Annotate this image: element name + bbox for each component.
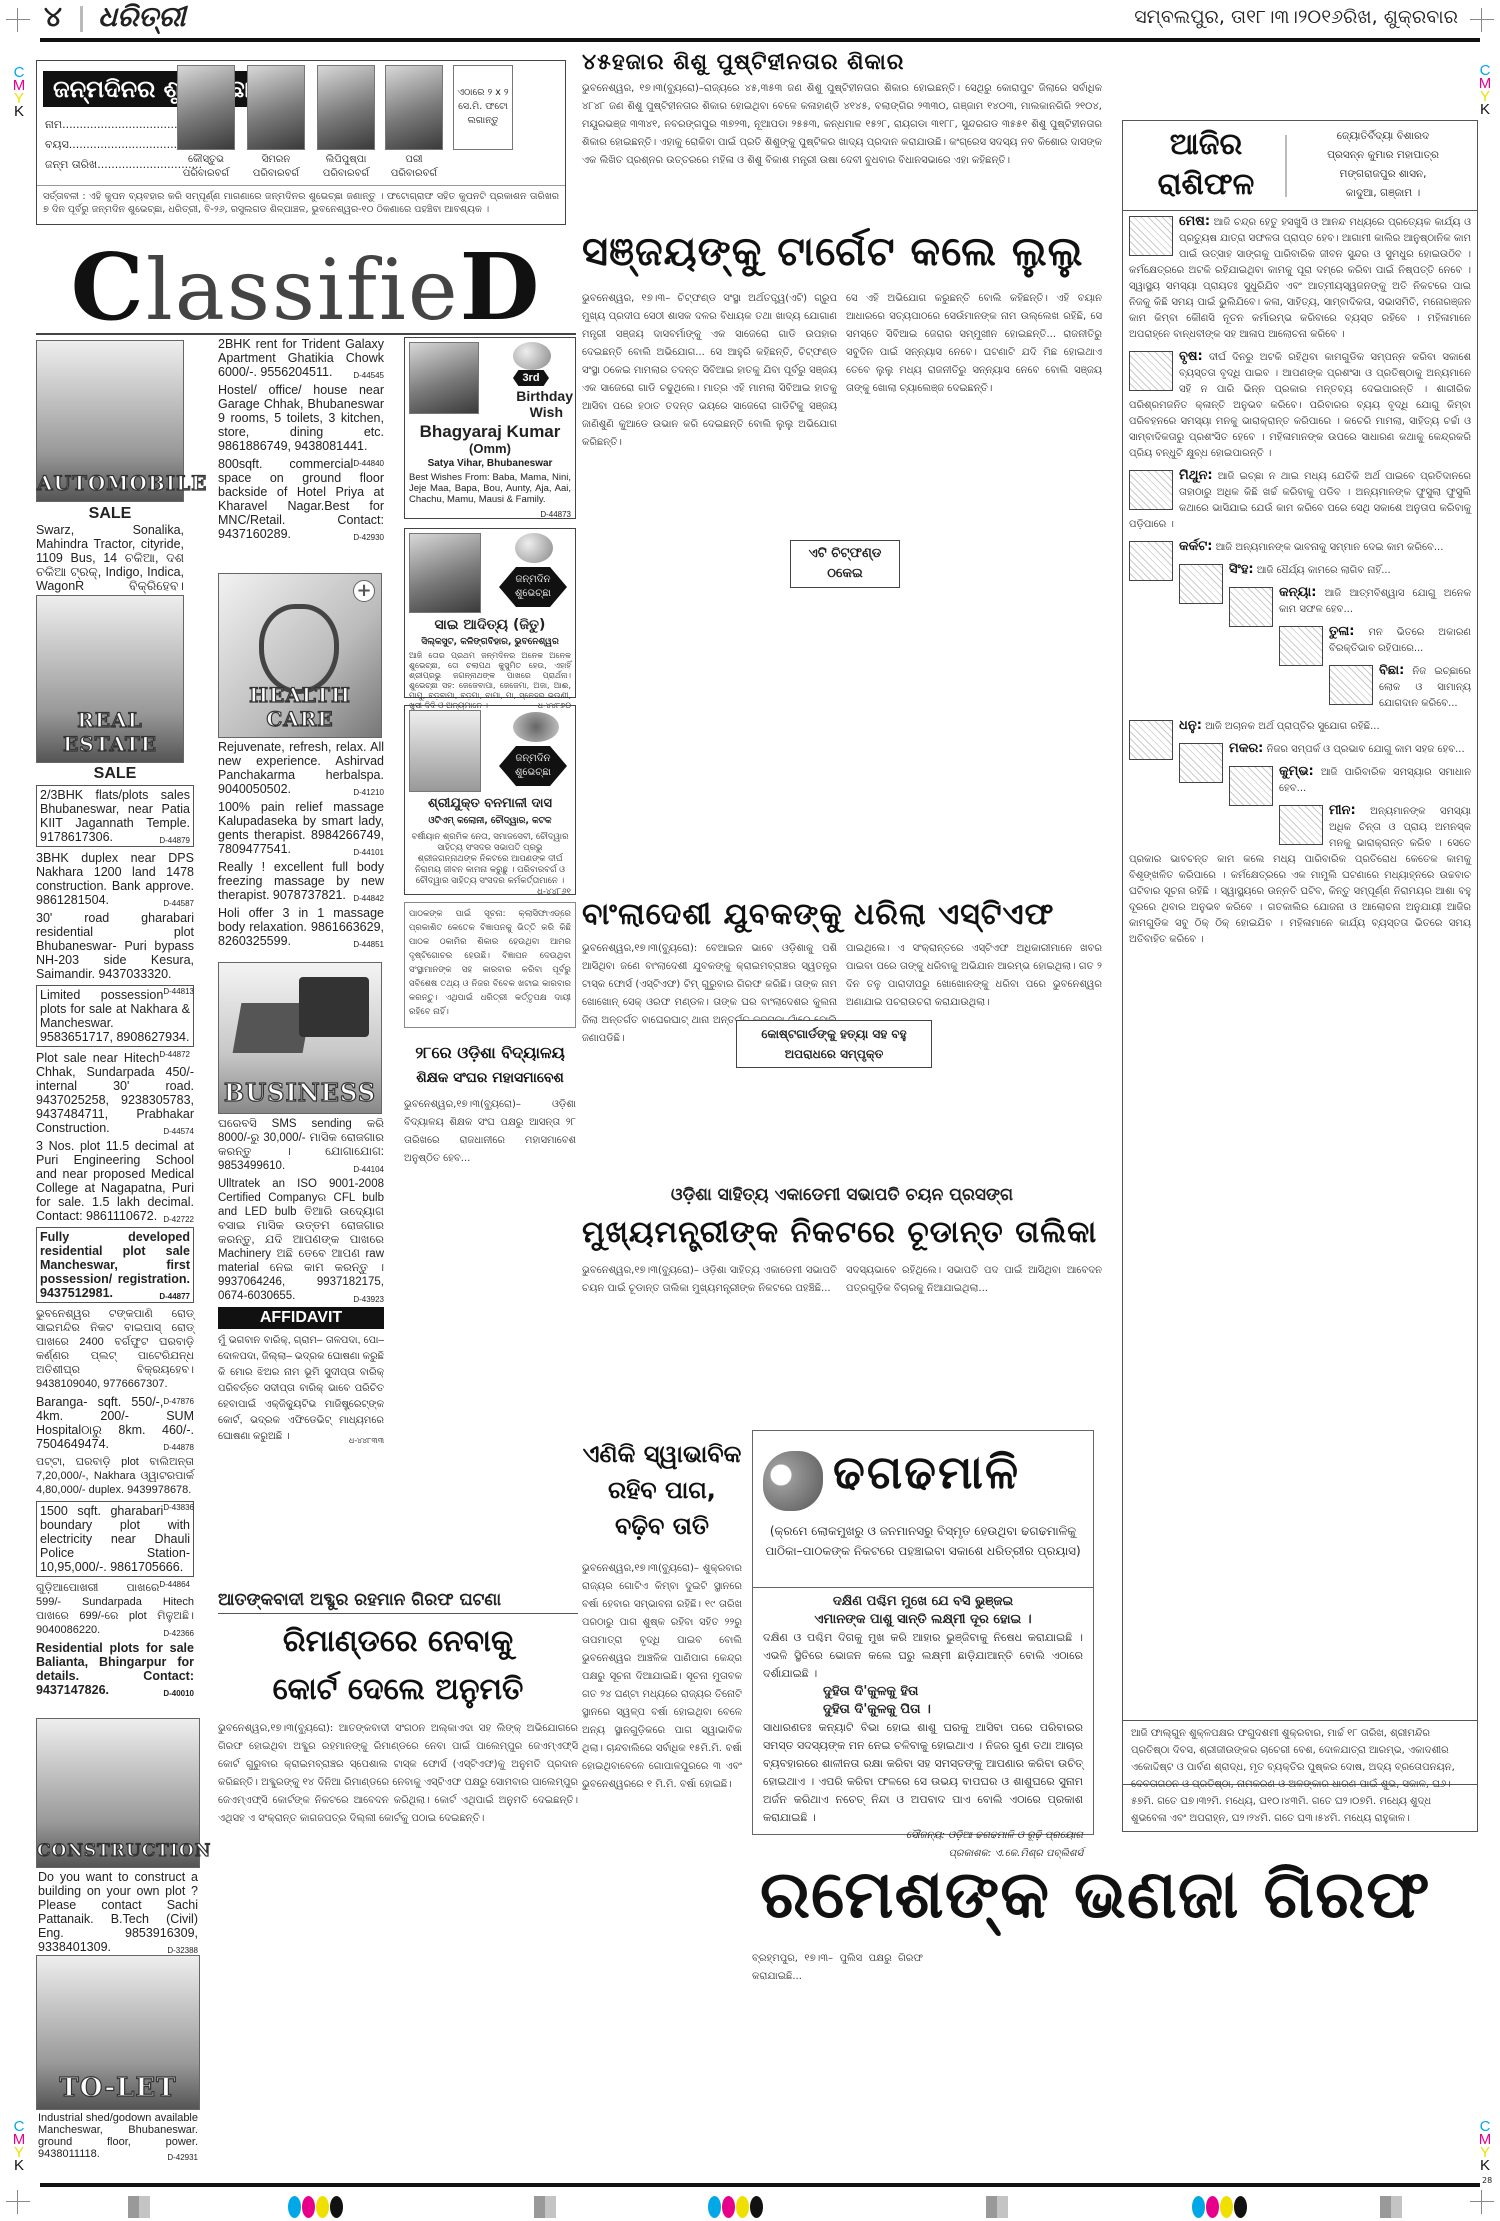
classified-ad: Ulltratek an ISO 9001-2008 Certified Com… [218, 1177, 384, 1303]
classified-ad: 2BHK rent for Trident Galaxy Apartment G… [218, 337, 384, 379]
flowers-icon [513, 712, 559, 742]
classified-ad: Plot sale near Hitech Chhak, Sundarpada … [36, 1051, 194, 1135]
astrologer-line: ମଙ୍ଗରାଜପୁର ଶାସନ, [1293, 165, 1473, 184]
category-label: REAL ESTATE [37, 708, 183, 756]
abdul-headline: ରିମାଣ୍ଡରେ ନେବାକୁ କୋର୍ଟ ଦେଲେ ଅନୁମତି [218, 1618, 578, 1714]
horoscope-sign: ସିଂହ: ଆଜି ଧୈର୍ଯ୍ୟ କାମରେ ଲାଗିବ ନାହିଁ... [1123, 559, 1477, 582]
sahitya-headline: ମୁଖ୍ୟମନ୍ତ୍ରୀଙ୍କ ନିକଟରେ ଚୂଡାନ୍ତ ତାଲିକା [582, 1210, 1097, 1256]
photo-girl-1 [317, 65, 375, 150]
category-label: TO-LET [37, 2073, 199, 2103]
classified-ad: Holi offer 3 in 1 massage body relaxatio… [218, 906, 384, 948]
construction-category-image: CONSTRUCTION [36, 1718, 200, 1868]
horoscope-title: ରାଶିଫଳ [1131, 165, 1281, 205]
classified-ad: ଘରେବସି SMS sending କରି 8000/-ରୁ 30,000/-… [218, 1117, 384, 1173]
color-dots [1192, 2196, 1248, 2221]
malnutrition-headline: ୪୫ହଜାର ଶିଶୁ ପୁଷ୍ଟିହୀନତାର ଶିକାର [582, 50, 904, 75]
lulu-headline: ସଞ୍ଜୟଙ୍କୁ ଟାର୍ଗେଟ କଲେ ଲୁଲୁ [582, 222, 1083, 282]
aries-icon [1129, 216, 1173, 256]
wish-name: Bhagyaraj Kumar [407, 422, 573, 442]
classified-ad: Residential plots for sale Balianta, Bhi… [36, 1641, 194, 1697]
classified-ad: 100% pain relief massage Kalupadaseka by… [218, 800, 384, 856]
photo-caption-from: ପରିବାରବର୍ଗ [243, 167, 309, 181]
briefcase-icon [299, 977, 369, 1037]
dateline: ସମ୍ବଲପୁର, ତା୧୮।୩।୨୦୧୬ରିଖ, ଶୁକ୍ରବାର [1134, 6, 1458, 28]
classified-ad: 3BHK duplex near DPS Nakhara 1200 land 1… [36, 851, 194, 907]
classified-ad: 2/3BHK flats/plots sales Bhubaneswar, ne… [36, 785, 194, 847]
classified-ad: Hostel/ office/ house near Garage Chhak,… [218, 383, 384, 453]
photo-caption-from: ପରିବାରବର୍ଗ [381, 167, 447, 181]
horoscope-sign: କୁମ୍ଭ: ଆଜି ପାରିବାରିକ ସମସ୍ୟାର ସମାଧାନ ହେବ.… [1123, 761, 1477, 800]
reader-notice: ପାଠକଙ୍କ ପାଇଁ ସୂଚନା: କ୍ଲାସିଫାଏଡ୍‌ରେ ପ୍ରକା… [404, 902, 576, 1028]
photo-caption-from: ପରିବାରବର୍ଗ [173, 167, 239, 181]
photo-caption-from: ପରିବାରବର୍ଗ [313, 167, 379, 181]
plus-icon: + [353, 580, 375, 602]
wish-address: Satya Vihar, Bhubaneswar [408, 458, 572, 469]
wish-address: ଓଟିଏମ୍ କଲୋନୀ, ଚୌଦ୍ୱାର, କଟକ [405, 816, 575, 826]
gemini-icon [1129, 470, 1173, 510]
classified-banner: ClassifieD [36, 240, 576, 335]
automobile-sale-heading: SALE [36, 505, 184, 523]
birthday-wish-card: 3rd Birthday Wish Bhagyaraj Kumar (Omm) … [404, 337, 576, 519]
birthday-wish-card: ଜନ୍ମଦିନ ଶୁଭେଚ୍ଛା ସାଇ ଆଦିତ୍ୟ (ଜିତୁ) ସିଲ୍କ… [404, 528, 576, 698]
horoscope-sign: ମେଷ: ଆଜି ଚନ୍ଦ୍ର ହେତୁ ହସଖୁସି ଓ ଆନନ୍ଦ ମଧ୍ୟ… [1123, 211, 1477, 346]
bottom-rule [40, 2183, 1480, 2187]
teachers-headline: ୨୮ରେ ଓଡ଼ିଶା ବିଦ୍ୟାଳୟ ଶିକ୍ଷକ ସଂଘର ମହାସମାବ… [404, 1040, 576, 1090]
affidavit-text: ମୁଁ ଭଗବାନ ବାରିକ୍, ଗ୍ରାମ– ତାଳପଦା, ପୋ– ଦୋଳ… [218, 1333, 384, 1445]
sahitya-body-left: ଭୁବନେଶ୍ୱର,୧୭।୩(ବ୍ୟୁରୋ)– ଓଡ଼ିଶା ସାହିତ୍ୟ ଏ… [582, 1262, 837, 1412]
category-label: HEALTH CARE [219, 683, 381, 731]
astrologer-line: ଜ୍ୟୋତିର୍ବିଦ୍ୟା ବିଶାରଦ [1293, 127, 1473, 146]
lulu-callout: ଏଟି ଚିଟ୍‌ଫଣ୍ଡ ଠକେଇ [790, 540, 900, 588]
proverb-line: ଦକ୍ଷିଣ ପଶ୍ଚିମ ମୁଖେ ଯେ ବସି ଭୁଞ୍ଜଇ [763, 1593, 1083, 1611]
horoscope-sign: ବିଛା: ନିଜ ଇଚ୍ଛାରେ ଲୋକ ଓ ସାମାନ୍ୟ ଯୋଗଦାନ କ… [1123, 660, 1477, 715]
sahitya-body-right: ସଦସ୍ୟଭାବେ ରହିଥିଲେ। ସଭାପତି ପଦ ପାଇଁ ଆସିଥିବ… [846, 1262, 1102, 1412]
paper-name: ଧରିତ୍ରୀ [98, 0, 185, 34]
folio: 28 [1482, 2176, 1492, 2185]
bangladeshi-callout: କୋଷ୍ଟଗାର୍ଡଙ୍କୁ ହତ୍ୟା ସହ ବହୁ ଅପରାଧରେ ସମ୍ପ… [736, 1020, 932, 1068]
classified-ad: 30' road gharabari residential plot Bhub… [36, 911, 194, 981]
horoscope-sign: ଧନୁ: ଆଜି ଅଚାନକ ଅର୍ଥ ପ୍ରାପ୍ତିର ସୁଯୋଗ ରହିଛ… [1123, 715, 1477, 738]
wish-name: ସାଇ ଆଦିତ୍ୟ (ଜିତୁ) [405, 617, 575, 633]
affidavit-heading: AFFIDAVIT [218, 1307, 384, 1329]
cmyk-mark: CMYK [1478, 2120, 1492, 2172]
horoscope-box: ଆଜିର ରାଶିଫଳ ଜ୍ୟୋତିର୍ବିଦ୍ୟା ବିଶାରଦ ପ୍ରସନ୍… [1122, 120, 1478, 1785]
wish-photo [409, 710, 481, 792]
bangladeshi-headline: ବାଂଲାଦେଶୀ ଯୁବକଙ୍କୁ ଧରିଲା ଏସ୍‌ଟିଏଫ [582, 895, 1054, 935]
taurus-icon [1129, 351, 1173, 391]
age-badge: 3rd [513, 370, 549, 386]
scorpio-icon [1329, 665, 1373, 705]
ramesh-headline: ରମେଶଙ୍କ ଭଣଜା ଗିରଫ [760, 1850, 1431, 1940]
photo-placeholder-box[interactable]: ଏଠାରେ ୨ x ୨ ସେ.ମି. ଫଟୋ ଲଗାନ୍ତୁ [453, 65, 513, 150]
cmyk-mark: CMYK [12, 66, 26, 118]
dhagadamali-credit: ସୌଜନ୍ୟ: ଓଡ଼ିଆ ଢଗଢମାଳି ଓ ରୂଢ଼ି ପ୍ରୟୋଗ [763, 1827, 1083, 1845]
placeholder-text: ଏଠାରେ ୨ x ୨ ସେ.ମି. ଫଟୋ ଲଗାନ୍ତୁ [457, 87, 508, 126]
business-category-image: BUSINESS [218, 962, 382, 1114]
classified-ad: Industrial shed/godown available Manches… [38, 2112, 198, 2164]
stethoscope-icon [259, 604, 339, 694]
wish-address: ସିଲ୍କସୁଟ, କଳିଙ୍ଗବିହାର, ଭୁବନେଶ୍ୱର [405, 637, 575, 647]
health-care-category-image: + HEALTH CARE [218, 573, 382, 738]
horoscope-sign: ମିଥୁନ: ଆଜି ଇଚ୍ଛା ନ ଥାଇ ମଧ୍ୟ ଯେତିକି ଅର୍ଥ … [1123, 465, 1477, 536]
gray-swatch [1380, 2196, 1402, 2218]
real-estate-sale-heading: SALE [36, 765, 194, 783]
lulu-body-right: ସେ ଏହି ଅଭିଯୋଗ କରୁଛନ୍ତି ବୋଲି କହିଛନ୍ତି। ଏହ… [846, 290, 1102, 890]
photo-caption-name: ପରୀ [381, 153, 447, 167]
cartoon-faces-icon [763, 1451, 823, 1511]
panjika-box: ଆଜି ଫାଲ୍‌ଗୁନ ଶୁକ୍ଳପକ୍ଷର ଫଗୁଦଶମୀ ଶୁକ୍ରବାର… [1122, 1720, 1478, 1832]
malnutrition-body: ଭୁବନେଶ୍ୱର, ୧୭।୩(ବ୍ୟୁରୋ)–ରାଜ୍ୟରେ ୪୫,୩୫୩ ଜ… [582, 80, 1102, 215]
lulu-body-left: ଭୁବନେଶ୍ୱର, ୧୭।୩– ଚିଟ୍‌ଫଣ୍ଡ ସଂସ୍ଥା ଅର୍ଥତତ… [582, 290, 837, 890]
horoscope-sign: ମୀନ: ଅନ୍ୟମାନଙ୍କ ସମସ୍ୟା ଅଧିକ ଚିନ୍ତା ଓ ପ୍ର… [1123, 800, 1477, 951]
horoscope-sign: ତୁଳା: ମନ ଭିତରେ ଅକାରଣ ବିରକ୍ତିଭାବ ରହିପାରେ.… [1123, 621, 1477, 660]
classified-ad: ପଟ୍ଟା, ଘରବାଡ଼ି plot ବାଲିଅନ୍ତା 7,20,000/-… [36, 1455, 194, 1497]
classified-ad: ଭୁବନେଶ୍ୱର ଟଙ୍କପାଣି ରୋଡ୍ ସାଇମନ୍ଦିର ନିକଟ ବ… [36, 1307, 194, 1391]
sahitya-kicker: ଓଡ଼ିଶା ସାହିତ୍ୟ ଏକାଡେମୀ ସଭାପତି ଚୟନ ପ୍ରସଙ୍… [582, 1185, 1102, 1205]
horoscope-title: ଆଜିର [1131, 125, 1281, 165]
proverb-line: ଏମାନଙ୍କ ପାଶୁ ସାନ୍ତି ଲକ୍ଷ୍ମୀ ଦୂର ହୋଇ । [763, 1611, 1083, 1629]
wish-name: ଶ୍ରୀଯୁକ୍ତ ବନମାଳୀ ଦାସ [405, 796, 575, 811]
birthday-coupon: ଜନ୍ମଦିନର ଶୁଭେଚ୍ଛା ନାମ...................… [36, 60, 566, 225]
photo-caption-name: ସିମରନ [243, 153, 309, 167]
category-label: BUSINESS [219, 1078, 381, 1107]
balloon-icon [515, 533, 553, 563]
photo-child-2 [247, 65, 305, 150]
birthday-wish-card: ଜନ୍ମଦିନ ଶୁଭେଚ୍ଛା ଶ୍ରୀଯୁକ୍ତ ବନମାଳୀ ଦାସ ଓଟ… [404, 705, 576, 895]
reader-notice-text: ପାଠକଙ୍କ ପାଇଁ ସୂଚନା: କ୍ଲାସିଫାଏଡ୍‌ରେ ପ୍ରକା… [409, 907, 571, 1019]
registration-mark [6, 2190, 30, 2214]
automobile-category-image: AUTOMOBILE [36, 340, 184, 502]
wish-message: Best Wishes From: Baba, Mama, Nini, Jeje… [409, 472, 571, 520]
horoscope-sign: କର୍କଟ: ଆଜି ଅନ୍ୟମାନଙ୍କ ଭାବନାକୁ ସମ୍ମାନ ଦେଇ… [1123, 536, 1477, 559]
gray-swatch [128, 2196, 150, 2218]
dhagadamali-box: ଢଗଢମାଳି (କ୍ରମେ ଲୋକମୁଖରୁ ଓ ଜନମାନସରୁ ବିସ୍ମ… [752, 1430, 1094, 1835]
astrologer-line: ପ୍ରସନ୍ନ କୁମାର ମହାପାତ୍ର [1293, 146, 1473, 165]
proverb-line: ଦୁହିତା ଦି'କୁଳକୁ ହିତା [763, 1683, 1083, 1701]
real-estate-category-image: REAL ESTATE [36, 595, 184, 763]
registration-mark [1470, 8, 1494, 32]
page-number: ୪ [44, 0, 62, 34]
dhagadamali-intro: (କ୍ରମେ ଲୋକମୁଖରୁ ଓ ଜନମାନସରୁ ବିସ୍ମୃତ ହେଉଥି… [763, 1521, 1083, 1561]
gray-swatch [534, 2196, 556, 2218]
classified-ad: Do you want to construct a building on y… [38, 1870, 198, 1958]
photo-child-1 [177, 65, 235, 150]
wish-badge: ଜନ୍ମଦିନ ଶୁଭେଚ୍ଛା [499, 567, 567, 607]
photo-caption-name: ଲିପିପୁଷ୍ପା [313, 153, 379, 167]
teachers-body: ଭୁବନେଶ୍ୱର,୧୭।୩(ବ୍ୟୁରୋ)– ଓଡ଼ିଶା ବିଦ୍ୟାଳୟ … [404, 1096, 576, 1281]
abdul-kicker: ଆତଙ୍କବାଦୀ ଅବ୍ଦୁର ରହମାନ ଗିରଫ ଘଟଣା [218, 1590, 578, 1614]
registration-mark [6, 8, 30, 32]
classified-ad: 3 Nos. plot 11.5 decimal at Puri Enginee… [36, 1139, 194, 1223]
wish-photo [409, 342, 479, 414]
coupon-note: ସର୍ତ୍ତାବଳୀ : ଏହି କୁପନ ବ୍ୟବହାର କରି ସମ୍ପୂର… [37, 185, 565, 216]
weather-headline: ଏଣିକି ସ୍ୱାଭାବିକ ରହିବ ପାଗ, ବଢ଼ିବ ତାତି [582, 1436, 742, 1544]
gray-swatch [986, 2196, 1008, 2218]
wish-title-line: Wish [485, 404, 563, 420]
horoscope-sign: ବୃଷ: ଦୀର୍ଘ ଦିନରୁ ଅଟକି ରହିଥିବା କାମଗୁଡିକ ସ… [1123, 346, 1477, 465]
proverb-meaning: ଦକ୍ଷିଣ ଓ ପଶ୍ଚିମ ଦିଗକୁ ମୁଖ କରି ଆହାର ଭୁଞ୍ଜ… [763, 1629, 1083, 1683]
astrologer-line: କାଦୁଆ, ଗଞ୍ଜାମ । [1293, 184, 1473, 203]
photo-caption-name: କୌସ୍ତୁଭ [173, 153, 239, 167]
proverb-line: ଦୁହିତା ଦି'କୁଳକୁ ପିତା । [763, 1701, 1083, 1719]
cmyk-mark: CMYK [12, 2120, 26, 2172]
weather-body: ଭୁବନେଶ୍ୱର,୧୭।୩(ବ୍ୟୁରୋ)– ଶୁକ୍ରବାର ରାଜ୍ୟର … [582, 1560, 742, 2120]
registration-mark [1470, 2190, 1494, 2214]
color-dots [288, 2196, 344, 2221]
classified-ad: Fully developed residential plot sale Ma… [36, 1227, 194, 1303]
wish-badge: ଜନ୍ମଦିନ ଶୁଭେଚ୍ଛା [499, 746, 567, 786]
photo-woman-1 [385, 65, 443, 150]
wish-message: ଆଜି ତୋର ପ୍ରଥମ ଜନ୍ମଦିନର ଅନେକ ଅନେକ ଶୁଭେଚ୍ଛ… [409, 651, 571, 711]
proverb-meaning: ସାଧାରଣତଃ କନ୍ୟାଟି ବିଭା ହୋଇ ଶାଶୁ ଘରକୁ ଆସିବ… [763, 1719, 1083, 1827]
horoscope-sign: ମକର: ନିଜର ସମ୍ପର୍କ ଓ ପ୍ରଭାବ ଯୋଗୁ କାମ ସହଜ … [1123, 738, 1477, 761]
category-label: AUTOMOBILE [37, 471, 183, 495]
balloon-icon [513, 342, 551, 370]
classified-ad: Really ! excellent full body freezing ma… [218, 860, 384, 902]
horoscope-sign: କନ୍ୟା: ଆଜି ଆତ୍ମବିଶ୍ୱାସ ଯୋଗୁ ଅନେକ କାମ ସଫଳ… [1123, 582, 1477, 621]
color-dots [708, 2196, 764, 2221]
classified-ad: Rejuvenate, refresh, relax. All new expe… [218, 740, 384, 796]
top-rule [40, 38, 1480, 42]
wish-title-line: Birthday [485, 388, 573, 404]
category-label: CONSTRUCTION [37, 1841, 199, 1861]
dhagadamali-title: ଢଗଢମାଳି [833, 1445, 1020, 1501]
wish-photo [409, 533, 481, 613]
to-let-category-image: TO-LET [36, 1955, 200, 2110]
abdul-body: ଭୁବନେଶ୍ୱର,୧୭।୩(ବ୍ୟୁରୋ): ଆତଙ୍କବାଦୀ ସଂଗଠନ … [218, 1720, 578, 2120]
cmyk-mark: CMYK [1478, 64, 1492, 116]
ramesh-body: ବ୍ରହ୍ମପୁର, ୧୭।୩– ପୁଲିସ ପକ୍ଷରୁ ଗିରଫ କରାଯା… [752, 1950, 1478, 2125]
wish-message: ବର୍ଷୀୟାନ ଶ୍ରମିକ ନେତା, ସମାଜସେବୀ, ଚୌଦ୍ୱାର … [409, 832, 571, 898]
wish-nickname: (Omm) [405, 441, 575, 456]
pisces-icon [1279, 805, 1323, 845]
masthead-divider [80, 6, 83, 32]
